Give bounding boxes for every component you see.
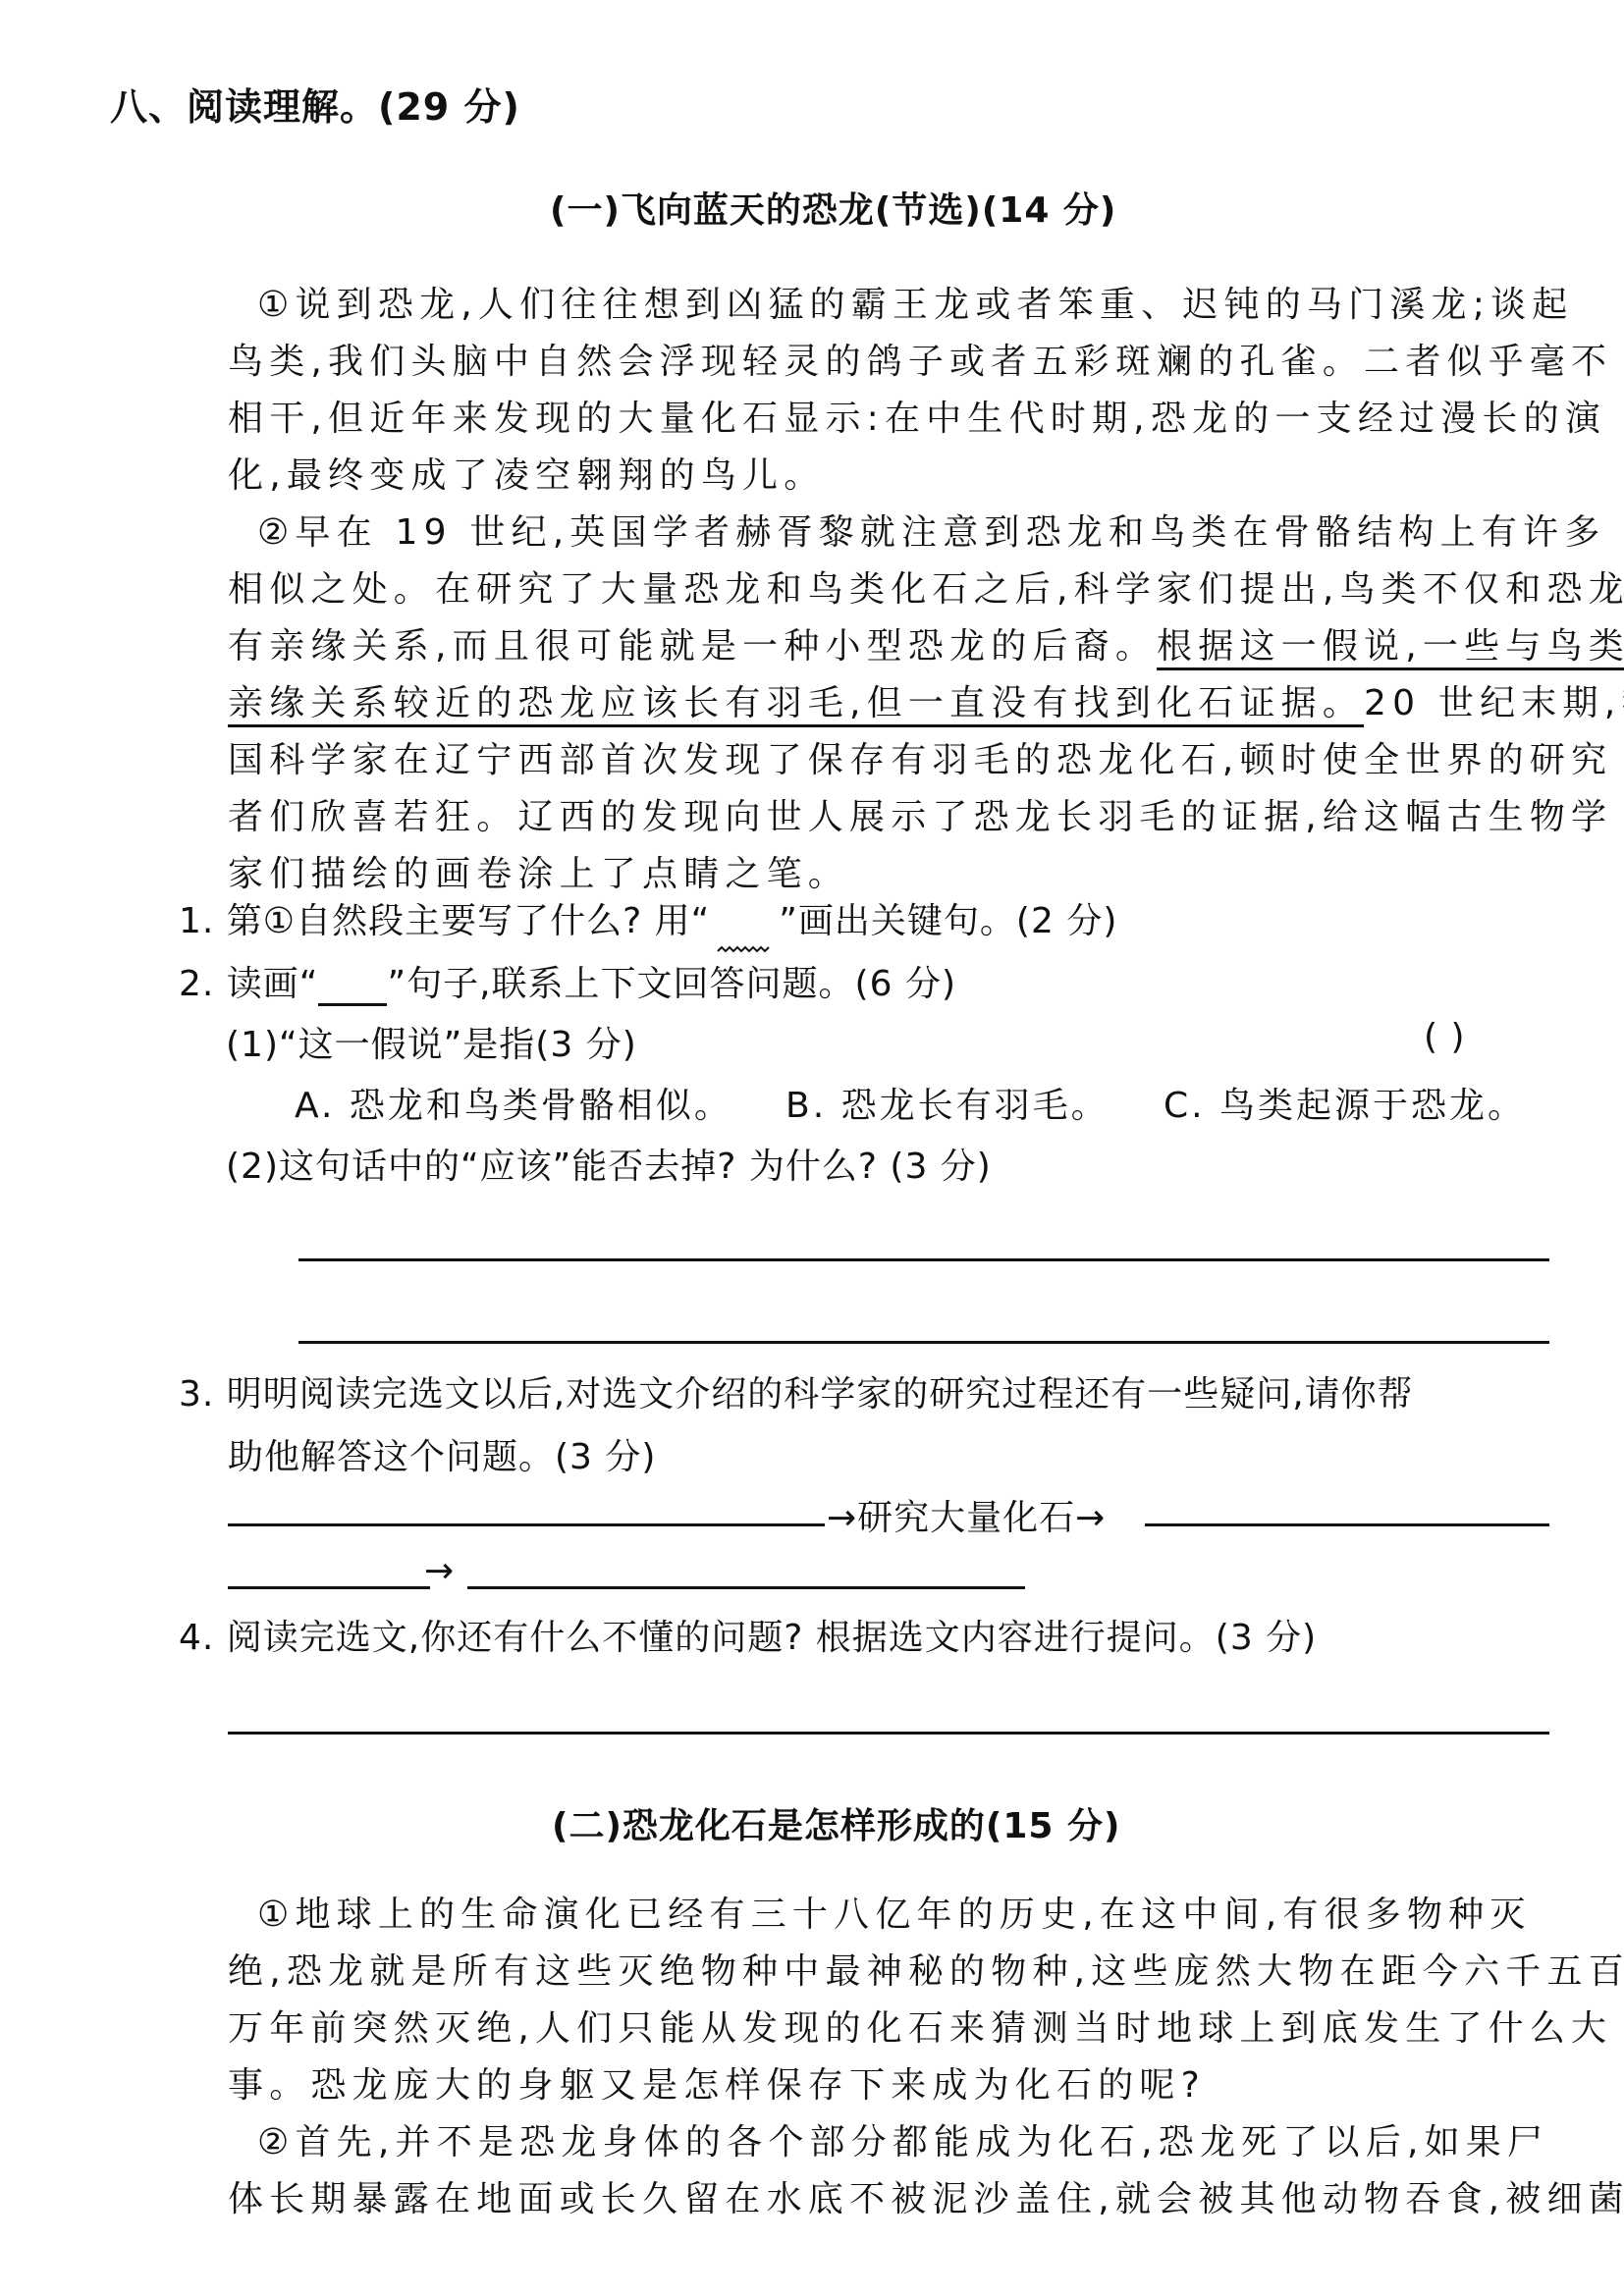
question-3-line2: 助他解答这个问题。(3 分) bbox=[228, 1429, 656, 1479]
answer-line[interactable] bbox=[228, 1732, 1549, 1735]
passage2-title: (二)恐龙化石是怎样形成的(15 分) bbox=[552, 1798, 1120, 1848]
answer-line[interactable] bbox=[228, 1523, 825, 1526]
flow-middle: →研究大量化石→ bbox=[827, 1490, 1106, 1540]
underlined-sentence: 根据这一假说,一些与鸟类 bbox=[1157, 626, 1624, 667]
passage1-line: 鸟类,我们头脑中自然会浮现轻灵的鸽子或者五彩斑斓的孔雀。二者似乎毫不 bbox=[228, 334, 1612, 384]
answer-line[interactable] bbox=[298, 1341, 1549, 1344]
answer-line[interactable] bbox=[467, 1586, 1025, 1589]
answer-bracket[interactable]: ( ) bbox=[1424, 1017, 1466, 1057]
passage1-line: 化,最终变成了凌空翱翔的鸟儿。 bbox=[228, 448, 825, 498]
passage1-text: 有亲缘关系,而且很可能就是一种小型恐龙的后裔。 bbox=[228, 626, 1157, 667]
passage1-line: 者们欣喜若狂。辽西的发现向世人展示了恐龙长羽毛的证据,给这幅古生物学 bbox=[228, 789, 1612, 839]
straight-underline-icon bbox=[318, 984, 387, 1006]
question-2-2: (2)这句话中的“应该”能否去掉? 为什么? (3 分) bbox=[226, 1139, 992, 1189]
underlined-sentence: 亲缘关系较近的恐龙应该长有羽毛,但一直没有找到化石证据。 bbox=[228, 683, 1364, 723]
question-3-line1: 3. 明明阅读完选文以后,对选文介绍的科学家的研究过程还有一些疑问,请你帮 bbox=[179, 1366, 1414, 1416]
passage1-title: (一)飞向蓝天的恐龙(节选)(14 分) bbox=[550, 183, 1116, 233]
passage1-line: 有亲缘关系,而且很可能就是一种小型恐龙的后裔。根据这一假说,一些与鸟类 bbox=[228, 618, 1624, 668]
passage2-line: 体长期暴露在地面或长久留在水底不被泥沙盖住,就会被其他动物吞食,被细菌 bbox=[228, 2171, 1624, 2221]
passage2-line: 绝,恐龙就是所有这些灭绝物种中最神秘的物种,这些庞然大物在距今六千五百 bbox=[228, 1944, 1624, 1994]
passage1-line: ②早在 19 世纪,英国学者赫胥黎就注意到恐龙和鸟类在骨骼结构上有许多 bbox=[257, 505, 1605, 555]
passage1-line: 相似之处。在研究了大量恐龙和鸟类化石之后,科学家们提出,鸟类不仅和恐龙 bbox=[228, 561, 1624, 612]
passage1-line: 家们描绘的画卷涂上了点睛之笔。 bbox=[228, 846, 849, 896]
option-a[interactable]: A. 恐龙和鸟类骨骼相似。 bbox=[295, 1078, 732, 1128]
passage1-line: 亲缘关系较近的恐龙应该长有羽毛,但一直没有找到化石证据。20 世纪末期,我 bbox=[228, 675, 1624, 725]
section-title: 八、阅读理解。(29 分) bbox=[110, 77, 520, 131]
passage2-line: ①地球上的生命演化已经有三十八亿年的历史,在这中间,有很多物种灭 bbox=[257, 1887, 1532, 1937]
passage1-line: 相干,但近年来发现的大量化石显示:在中生代时期,恐龙的一支经过漫长的演 bbox=[228, 391, 1606, 441]
question-2: 2. 读画“”句子,联系上下文回答问题。(6 分) bbox=[179, 956, 956, 1006]
passage1-text: 20 世纪末期,我 bbox=[1364, 683, 1624, 723]
answer-line[interactable] bbox=[228, 1586, 430, 1589]
wavy-underline-icon bbox=[710, 924, 779, 943]
question-1: 1. 第①自然段主要写了什么? 用“”画出关键句。(2 分) bbox=[179, 893, 1117, 943]
passage2-line: 万年前突然灭绝,人们只能从发现的化石来猜测当时地球上到底发生了什么大 bbox=[228, 2001, 1612, 2051]
passage1-line: ①说到恐龙,人们往往想到凶猛的霸王龙或者笨重、迟钝的马门溪龙;谈起 bbox=[257, 277, 1573, 327]
passage1-line: 国科学家在辽宁西部首次发现了保存有羽毛的恐龙化石,顿时使全世界的研究 bbox=[228, 732, 1612, 782]
option-b[interactable]: B. 恐龙长有羽毛。 bbox=[785, 1078, 1110, 1128]
answer-line[interactable] bbox=[1145, 1523, 1549, 1526]
option-c[interactable]: C. 鸟类起源于恐龙。 bbox=[1164, 1078, 1526, 1128]
answer-line[interactable] bbox=[298, 1258, 1549, 1261]
passage2-line: ②首先,并不是恐龙身体的各个部分都能成为化石,恐龙死了以后,如果尸 bbox=[257, 2114, 1548, 2164]
flow-arrow-icon: → bbox=[424, 1551, 455, 1591]
passage2-line: 事。恐龙庞大的身躯又是怎样保存下来成为化石的呢? bbox=[228, 2057, 1206, 2108]
question-4: 4. 阅读完选文,你还有什么不懂的问题? 根据选文内容进行提问。(3 分) bbox=[179, 1610, 1317, 1660]
question-2-1: (1)“这一假说”是指(3 分) bbox=[226, 1017, 637, 1067]
